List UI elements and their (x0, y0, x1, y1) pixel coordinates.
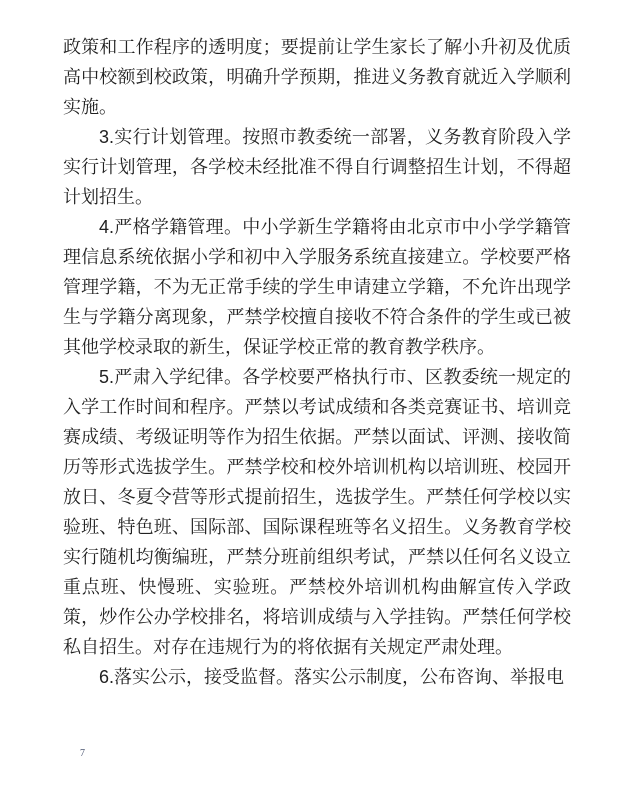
document-body: 政策和工作程序的透明度；要提前让学生家长了解小升初及优质高中校额到校政策，明确升… (63, 32, 571, 692)
page-number: 7 (80, 747, 85, 761)
document-page: 政策和工作程序的透明度；要提前让学生家长了解小升初及优质高中校额到校政策，明确升… (0, 0, 623, 802)
paragraph: 5.严肃入学纪律。各学校要严格执行市、区教委统一规定的入学工作时间和程序。严禁以… (63, 362, 571, 662)
paragraph: 6.落实公示，接受监督。落实公示制度，公布咨询、举报电 (63, 662, 571, 692)
paragraph: 政策和工作程序的透明度；要提前让学生家长了解小升初及优质高中校额到校政策，明确升… (63, 32, 571, 122)
paragraph: 4.严格学籍管理。中小学新生学籍将由北京市中小学学籍管理信息系统依据小学和初中入… (63, 212, 571, 362)
paragraph: 3.实行计划管理。按照市教委统一部署，义务教育阶段入学实行计划管理，各学校未经批… (63, 122, 571, 212)
